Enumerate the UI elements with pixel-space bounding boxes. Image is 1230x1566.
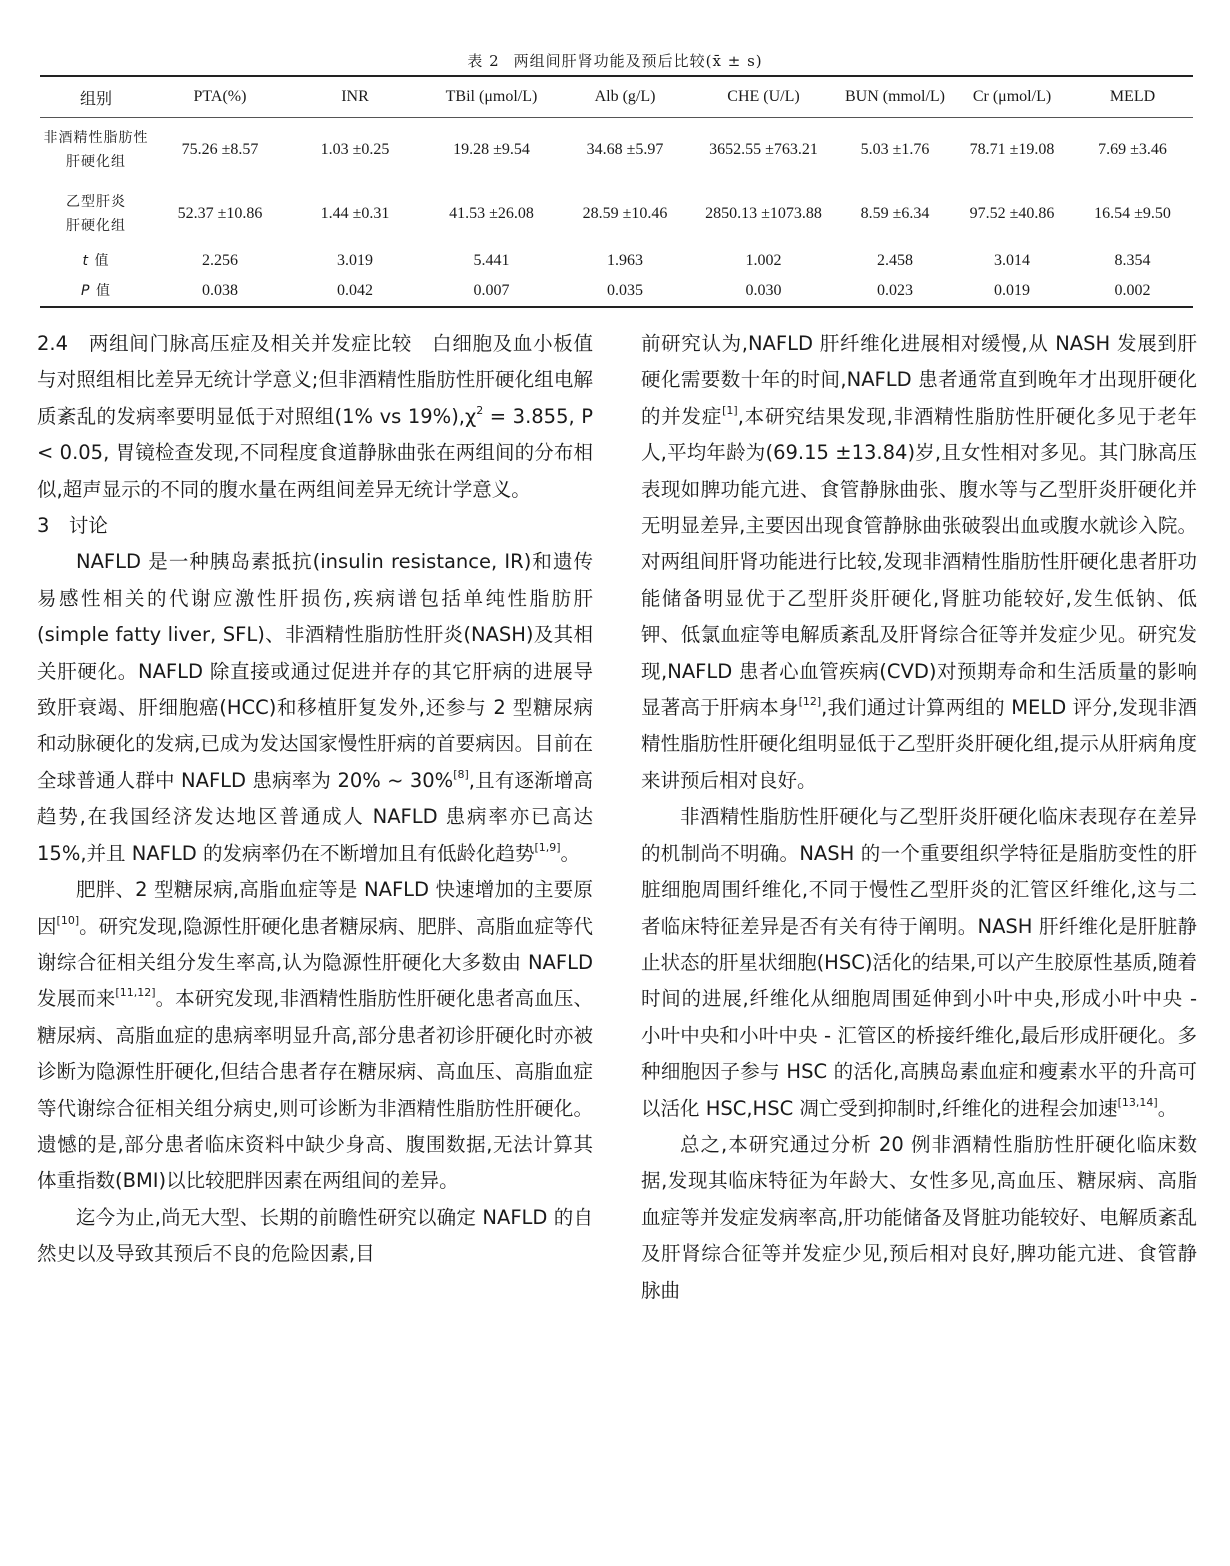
row-group-label: 乙型肝炎肝硬化组 [40,182,152,246]
cell-meld: 8.354 [1072,246,1193,276]
cell-che: 2850.13 ±1073.88 [689,182,838,246]
cell-bun: 0.023 [838,276,952,307]
results-table-container: 组别 PTA(%) INR TBil (μmol/L) Alb (g/L) CH… [40,75,1193,308]
col-header-pta: PTA(%) [152,76,288,118]
cell-bun: 5.03 ±1.76 [838,118,952,183]
table-row-nafld-cirrhosis: 非酒精性脂肪性肝硬化组 75.26 ±8.57 1.03 ±0.25 19.28… [40,118,1193,183]
table-row-t-value: t 值 2.256 3.019 5.441 1.963 1.002 2.458 … [40,246,1193,276]
col-header-cr: Cr (μmol/L) [952,76,1072,118]
cell-inr: 3.019 [288,246,422,276]
liver-kidney-function-table: 组别 PTA(%) INR TBil (μmol/L) Alb (g/L) CH… [40,75,1193,308]
row-stat-label: P 值 [40,276,152,307]
table-row-p-value: P 值 0.038 0.042 0.007 0.035 0.030 0.023 … [40,276,1193,307]
cell-che: 1.002 [689,246,838,276]
cell-cr: 0.019 [952,276,1072,307]
cell-meld: 16.54 ±9.50 [1072,182,1193,246]
cell-pta: 0.038 [152,276,288,307]
cell-bun: 8.59 ±6.34 [838,182,952,246]
citation: [1] [722,404,738,417]
citation: [8] [453,768,469,781]
discussion-paragraph-3: 迄今为止,尚无大型、长期的前瞻性研究以确定 NAFLD 的自然史以及导致其预后不… [37,1200,593,1273]
row-stat-label: t 值 [40,246,152,276]
col-header-meld: MELD [1072,76,1193,118]
citation: [11,12] [115,986,155,999]
cell-pta: 75.26 ±8.57 [152,118,288,183]
citation: [10] [57,914,80,927]
conclusion-paragraph: 总之,本研究通过分析 20 例非酒精性脂肪性肝硬化临床数据,发现其临床特征为年龄… [641,1127,1197,1309]
col-header-che: CHE (U/L) [689,76,838,118]
cell-pta: 2.256 [152,246,288,276]
cell-inr: 1.03 ±0.25 [288,118,422,183]
cell-alb: 1.963 [561,246,689,276]
citation: [13,14] [1118,1096,1158,1109]
cell-inr: 0.042 [288,276,422,307]
cell-pta: 52.37 ±10.86 [152,182,288,246]
table-title: 两组间肝肾功能及预后比较(x̄ ± s) [514,52,763,70]
citation: [12] [799,695,822,708]
section-2-4-paragraph: 2.4 两组间门脉高压症及相关并发症比较 白细胞及血小板值与对照组相比差异无统计… [37,326,593,508]
discussion-paragraph-2: 肥胖、2 型糖尿病,高脂血症等是 NAFLD 快速增加的主要原因[10]。研究发… [37,872,593,1200]
col-header-inr: INR [288,76,422,118]
cell-meld: 7.69 ±3.46 [1072,118,1193,183]
cell-alb: 0.035 [561,276,689,307]
discussion-paragraph-1: NAFLD 是一种胰岛素抵抗(insulin resistance, IR)和遗… [37,544,593,872]
row-group-label: 非酒精性脂肪性肝硬化组 [40,118,152,183]
cell-bun: 2.458 [838,246,952,276]
table-number: 表 2 [467,52,499,70]
section-3-heading: 3 讨论 [37,508,593,544]
left-text-column: 2.4 两组间门脉高压症及相关并发症比较 白细胞及血小板值与对照组相比差异无统计… [37,326,593,1273]
right-text-column: 前研究认为,NAFLD 肝纤维化进展相对缓慢,从 NASH 发展到肝硬化需要数十… [641,326,1197,1309]
citation: [1,9] [534,841,560,854]
cell-cr: 3.014 [952,246,1072,276]
discussion-paragraph-3-cont: 前研究认为,NAFLD 肝纤维化进展相对缓慢,从 NASH 发展到肝硬化需要数十… [641,326,1197,799]
discussion-paragraph-4: 非酒精性脂肪性肝硬化与乙型肝炎肝硬化临床表现存在差异的机制尚不明确。NASH 的… [641,799,1197,1127]
table-caption: 表 2两组间肝肾功能及预后比较(x̄ ± s) [0,50,1230,71]
col-header-bun: BUN (mmol/L) [838,76,952,118]
col-header-group: 组别 [40,76,152,118]
cell-cr: 78.71 ±19.08 [952,118,1072,183]
cell-che: 3652.55 ±763.21 [689,118,838,183]
cell-alb: 34.68 ±5.97 [561,118,689,183]
cell-tbil: 19.28 ±9.54 [422,118,561,183]
cell-tbil: 5.441 [422,246,561,276]
cell-che: 0.030 [689,276,838,307]
col-header-alb: Alb (g/L) [561,76,689,118]
cell-meld: 0.002 [1072,276,1193,307]
cell-tbil: 41.53 ±26.08 [422,182,561,246]
cell-alb: 28.59 ±10.46 [561,182,689,246]
table-header-row: 组别 PTA(%) INR TBil (μmol/L) Alb (g/L) CH… [40,76,1193,118]
cell-inr: 1.44 ±0.31 [288,182,422,246]
table-row-hbv-cirrhosis: 乙型肝炎肝硬化组 52.37 ±10.86 1.44 ±0.31 41.53 ±… [40,182,1193,246]
section-2-4-heading: 2.4 两组间门脉高压症及相关并发症比较 [37,332,412,355]
col-header-tbil: TBil (μmol/L) [422,76,561,118]
cell-cr: 97.52 ±40.86 [952,182,1072,246]
cell-tbil: 0.007 [422,276,561,307]
